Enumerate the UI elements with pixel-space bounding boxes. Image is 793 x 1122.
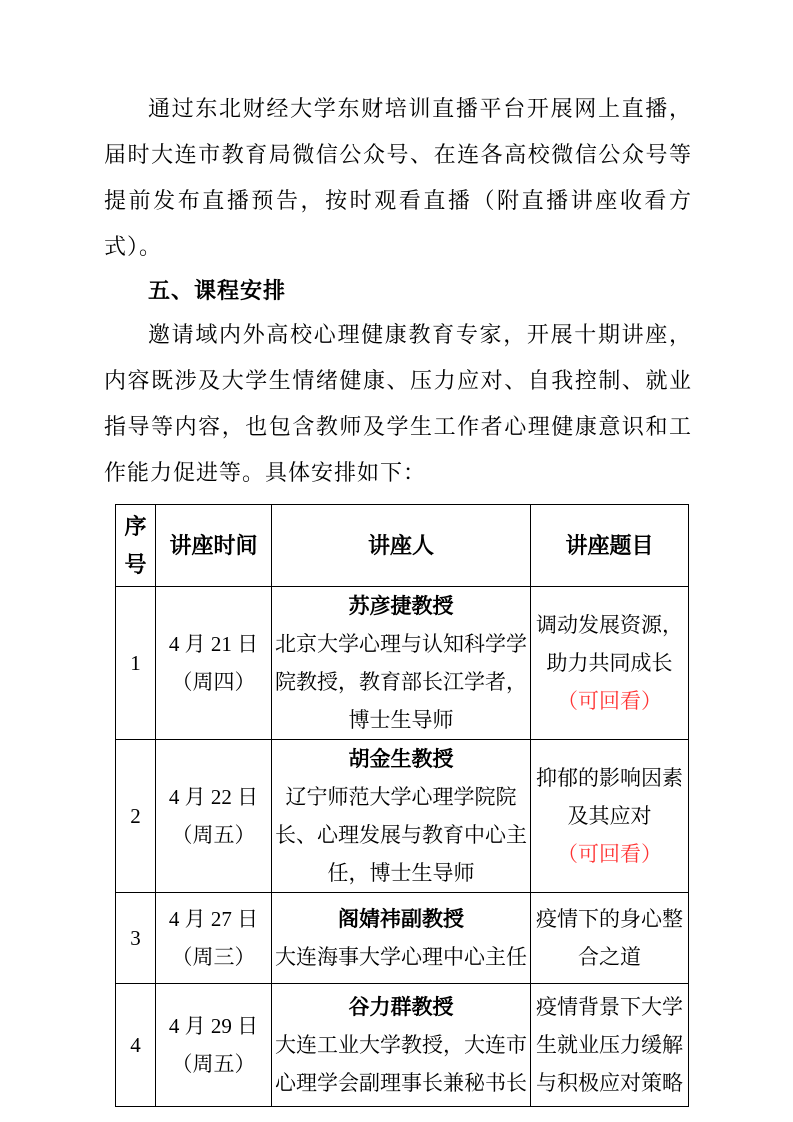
topic-text: 调动发展资源，助力共同成长 — [533, 606, 686, 682]
document-page: 通过东北财经大学东财培训直播平台开展网上直播，届时大连市教育局微信公众号、在连各… — [104, 86, 692, 1107]
topic-cell: 抑郁的影响因素及其应对 （可回看） — [531, 740, 689, 893]
replay-note: （可回看） — [533, 835, 686, 873]
serial-cell: 2 — [116, 740, 156, 893]
date-line-1: 4 月 27 日 — [158, 900, 269, 938]
table-row: 3 4 月 27 日 （周三） 阁婧祎副教授 大连海事大学心理中心主任 疫情下的… — [116, 893, 689, 984]
table-row: 4 4 月 29 日 （周五） 谷力群教授 大连工业大学教授，大连市心理学会副理… — [116, 984, 689, 1107]
serial-cell: 3 — [116, 893, 156, 984]
speaker-cell: 苏彦捷教授 北京大学心理与认知科学学院教授，教育部长江学者，博士生导师 — [272, 587, 531, 740]
date-line-1: 4 月 22 日 — [158, 778, 269, 816]
topic-text: 抑郁的影响因素及其应对 — [533, 759, 686, 835]
table-header-row: 序号 讲座时间 讲座人 讲座题目 — [116, 505, 689, 587]
serial-cell: 4 — [116, 984, 156, 1107]
header-time: 讲座时间 — [156, 505, 272, 587]
table-row: 2 4 月 22 日 （周五） 胡金生教授 辽宁师范大学心理学院院长、心理发展与… — [116, 740, 689, 893]
topic-cell: 调动发展资源，助力共同成长 （可回看） — [531, 587, 689, 740]
speaker-description: 辽宁师范大学心理学院院长、心理发展与教育中心主任，博士生导师 — [274, 778, 528, 892]
course-paragraph: 邀请域内外高校心理健康教育专家，开展十期讲座，内容既涉及大学生情绪健康、压力应对… — [104, 312, 692, 496]
date-line-2: （周四） — [158, 663, 269, 701]
speaker-name: 胡金生教授 — [274, 740, 528, 778]
speaker-name: 谷力群教授 — [274, 988, 528, 1026]
table-row: 1 4 月 21 日 （周四） 苏彦捷教授 北京大学心理与认知科学学院教授，教育… — [116, 587, 689, 740]
speaker-description: 北京大学心理与认知科学学院教授，教育部长江学者，博士生导师 — [274, 625, 528, 739]
date-line-2: （周五） — [158, 816, 269, 854]
date-line-1: 4 月 29 日 — [158, 1007, 269, 1045]
topic-text: 疫情背景下大学生就业压力缓解与积极应对策略 — [533, 988, 686, 1102]
topic-cell: 疫情下的身心整合之道 — [531, 893, 689, 984]
date-cell: 4 月 21 日 （周四） — [156, 587, 272, 740]
intro-paragraph: 通过东北财经大学东财培训直播平台开展网上直播，届时大连市教育局微信公众号、在连各… — [104, 86, 692, 270]
topic-cell: 疫情背景下大学生就业压力缓解与积极应对策略 — [531, 984, 689, 1107]
date-cell: 4 月 27 日 （周三） — [156, 893, 272, 984]
topic-text: 疫情下的身心整合之道 — [533, 900, 686, 976]
speaker-cell: 阁婧祎副教授 大连海事大学心理中心主任 — [272, 893, 531, 984]
date-line-2: （周三） — [158, 938, 269, 976]
speaker-cell: 胡金生教授 辽宁师范大学心理学院院长、心理发展与教育中心主任，博士生导师 — [272, 740, 531, 893]
serial-cell: 1 — [116, 587, 156, 740]
replay-note: （可回看） — [533, 682, 686, 720]
header-serial: 序号 — [116, 505, 156, 587]
speaker-cell: 谷力群教授 大连工业大学教授，大连市心理学会副理事长兼秘书长 — [272, 984, 531, 1107]
date-cell: 4 月 29 日 （周五） — [156, 984, 272, 1107]
schedule-table: 序号 讲座时间 讲座人 讲座题目 1 4 月 21 日 （周四） 苏彦捷教授 北… — [115, 504, 689, 1107]
date-cell: 4 月 22 日 （周五） — [156, 740, 272, 893]
header-topic: 讲座题目 — [531, 505, 689, 587]
speaker-name: 阁婧祎副教授 — [274, 900, 528, 938]
speaker-name: 苏彦捷教授 — [274, 587, 528, 625]
date-line-2: （周五） — [158, 1045, 269, 1083]
speaker-description: 大连工业大学教授，大连市心理学会副理事长兼秘书长 — [274, 1026, 528, 1102]
date-line-1: 4 月 21 日 — [158, 625, 269, 663]
speaker-description: 大连海事大学心理中心主任 — [274, 938, 528, 976]
section-heading: 五、课程安排 — [104, 270, 692, 312]
header-speaker: 讲座人 — [272, 505, 531, 587]
